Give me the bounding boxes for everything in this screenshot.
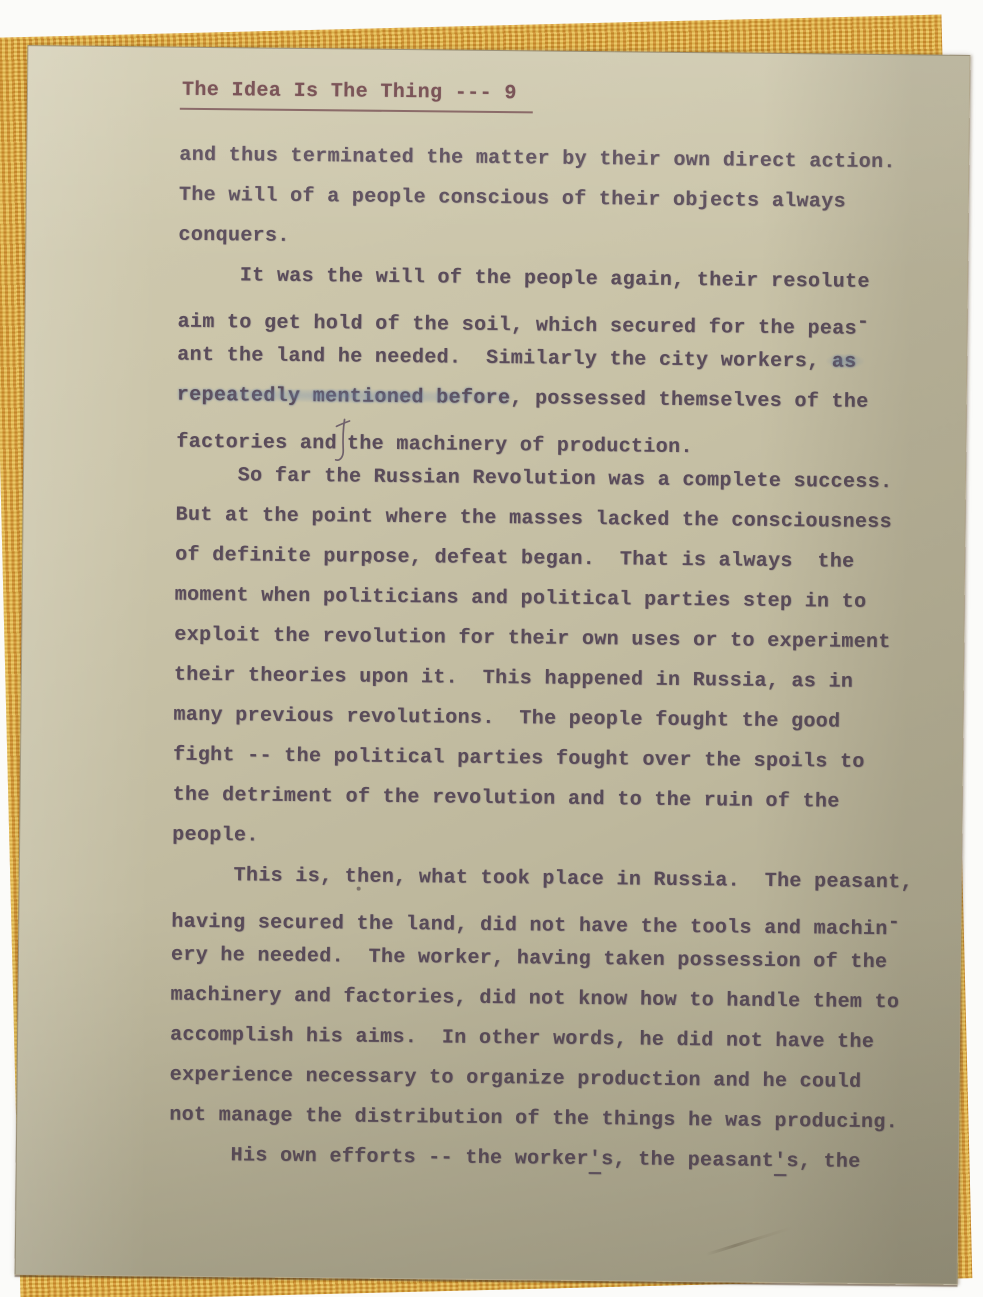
text-segment: people. xyxy=(172,824,259,848)
text-segment: s, the peasant xyxy=(601,1148,774,1173)
page-content: The Idea Is The Thing --- 9 and thus ter… xyxy=(16,46,970,1284)
ink-speck xyxy=(368,561,371,564)
text-segment: the machinery of production. xyxy=(347,432,693,459)
text-segment: , possessed themselves of the xyxy=(510,387,868,414)
text-line: His own efforts -- the worker's, the pea… xyxy=(169,1136,958,1184)
ink-speck xyxy=(357,323,360,326)
text-segment: not manage the distribution of the thing… xyxy=(169,1104,898,1135)
text-segment: accomplish his aims. In other words, he … xyxy=(170,1024,874,1054)
text-segment: experience necessary to organize product… xyxy=(170,1064,862,1094)
raised-hyphen: - xyxy=(888,911,901,934)
text-segment: This is, then, what took place in Russia… xyxy=(172,864,913,895)
text-segment: His own efforts -- the worker xyxy=(169,1144,589,1171)
text-segment: So far the Russian Revolution was a comp… xyxy=(176,464,893,495)
text-segment: ery he needed. The worker, having taken … xyxy=(171,944,888,975)
text-segment: ant the land he needed. Similarly the ci… xyxy=(177,344,832,374)
text-segment: The will of a people conscious of their … xyxy=(179,184,846,214)
text-segment: moment when politicians and political pa… xyxy=(175,584,867,614)
text-segment: their theories upon it. This happened in… xyxy=(174,664,854,694)
text-segment: machinery and factories, did not know ho… xyxy=(170,984,899,1015)
text-segment: fight -- the political parties fought ov… xyxy=(173,744,865,774)
text-segment: conquers. xyxy=(178,224,289,248)
text-segment: s, the xyxy=(786,1150,860,1174)
marked-apostrophe: ' xyxy=(589,1148,602,1171)
marked-apostrophe: ' xyxy=(774,1150,787,1173)
text-segment: factories and xyxy=(176,431,337,456)
text-segment: It was the will of the people again, the… xyxy=(178,264,870,294)
smudged-text: repeatedly mentioned before xyxy=(177,384,511,410)
smudged-text: as xyxy=(832,351,857,374)
typescript-body: and thus terminated the matter by their … xyxy=(169,136,969,1184)
raised-hyphen: - xyxy=(857,311,870,334)
ink-speck xyxy=(357,887,361,891)
text-segment: But at the point where the masses lacked… xyxy=(175,504,892,535)
text-segment: the detriment of the revolution and to t… xyxy=(172,784,839,814)
text-segment: exploit the revolution for their own use… xyxy=(174,624,891,655)
scanned-document: The Idea Is The Thing --- 9 and thus ter… xyxy=(0,0,983,1297)
page-title: The Idea Is The Thing --- 9 xyxy=(180,78,533,114)
text-segment: many previous revolutions. The people fo… xyxy=(173,704,840,734)
text-segment: and thus terminated the matter by their … xyxy=(179,144,896,175)
text-segment: of definite purpose, defeat began. That … xyxy=(175,544,855,574)
typescript-page: The Idea Is The Thing --- 9 and thus ter… xyxy=(15,45,971,1285)
